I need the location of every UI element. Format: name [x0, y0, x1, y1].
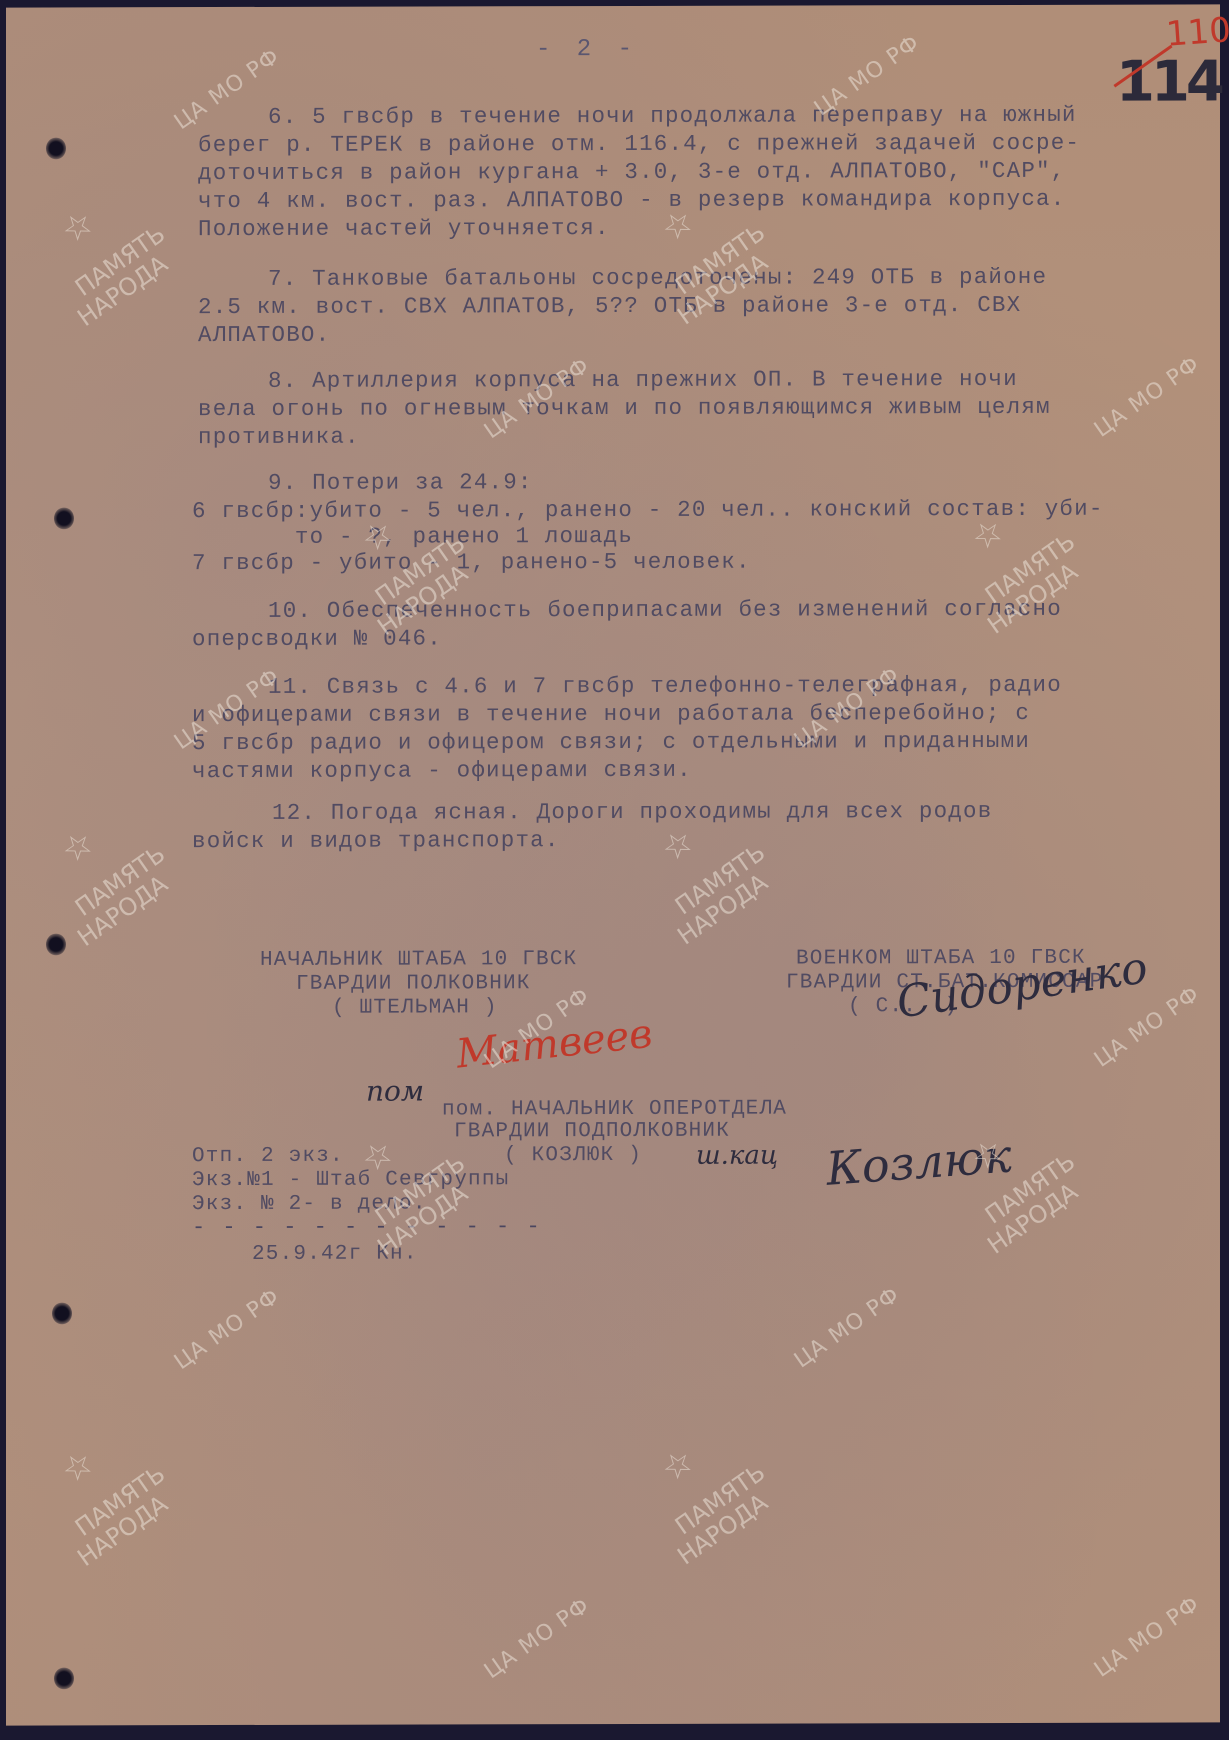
- star-icon: ☆: [16, 178, 140, 276]
- punch-hole: [54, 1667, 74, 1689]
- para-12-line-1: 12. Погода ясная. Дороги проходимы для в…: [272, 797, 992, 827]
- watermark-pamyat-naroda: ☆ ПАМЯТЬ НАРОДА: [0, 136, 200, 362]
- para-6-line-4: что 4 км. вост. раз. АЛПАТОВО - в резерв…: [198, 185, 1065, 215]
- sig-center-name: ( КОЗЛЮК ): [504, 1142, 642, 1170]
- para-9-line-3: то - ?, ранено 1 лошадь: [192, 522, 633, 551]
- para-11-line-1: 11. Связь с 4.6 и 7 гвсбр телефонно-теле…: [268, 671, 1062, 701]
- punch-hole: [52, 1302, 72, 1324]
- para-11-line-3: 5 гвсбр радио и офицером связи; с отдель…: [192, 727, 1030, 757]
- para-7-line-2: 2.5 км. вост. СВХ АЛПАТОВ, 5?? ОТБ в рай…: [198, 291, 1021, 321]
- watermark-camo: ЦА МО РФ: [170, 1284, 285, 1375]
- star-icon: ☆: [616, 1416, 740, 1514]
- para-6-line-1: 6. 5 гвсбр в течение ночи продолжала пер…: [268, 101, 1077, 131]
- para-7-line-3: АЛПАТОВО.: [198, 321, 330, 349]
- para-8-line-1: 8. Артиллерия корпуса на прежних ОП. В т…: [268, 365, 1018, 395]
- star-icon: ☆: [16, 798, 140, 896]
- punch-hole: [46, 933, 66, 955]
- para-6-line-2: берег р. ТЕРЕК в районе отм. 116.4, с пр…: [198, 129, 1080, 159]
- para-6-line-5: Положение частей уточняется.: [198, 214, 610, 243]
- typist-date: 25.9.42г Кн.: [252, 1241, 418, 1269]
- page-number: - 2 -: [536, 36, 638, 63]
- para-9-line-1: 9. Потери за 24.9:: [268, 468, 533, 497]
- archive-folio-black: 114: [1116, 49, 1221, 114]
- para-11-line-2: и офицерами связи в течение ночи работал…: [192, 699, 1030, 729]
- para-8-line-3: противника.: [198, 423, 360, 451]
- para-8-line-2: вела огонь по огневым точкам и по появля…: [198, 393, 1051, 423]
- archive-folio-red: 110: [1165, 10, 1229, 55]
- punch-hole: [54, 507, 74, 529]
- sig-left-name: ( ШТЕЛЬМАН ): [332, 994, 498, 1022]
- para-6-line-3: доточиться в район кургана + 3.0, 3-е от…: [198, 157, 1065, 187]
- document-page: - 2 - 110 114 6. 5 гвсбр в течение ночи …: [6, 4, 1220, 1725]
- punch-hole: [46, 137, 66, 159]
- watermark-camo: ЦА МО РФ: [790, 1282, 905, 1373]
- para-12-line-2: войск и видов транспорта.: [192, 826, 560, 855]
- watermark-camo: ЦА МО РФ: [1090, 352, 1205, 443]
- para-7-line-1: 7. Танковые батальоны сосредоточены: 249…: [268, 263, 1047, 293]
- handwritten-small: ш.кац: [696, 1141, 778, 1171]
- watermark-camo: ЦА МО РФ: [480, 1593, 595, 1684]
- watermark-camo: ЦА МО РФ: [1090, 1592, 1205, 1683]
- para-11-line-4: частями корпуса - офицерами связи.: [192, 756, 692, 785]
- para-10-line-2: оперсводки № 046.: [192, 624, 442, 653]
- watermark-pamyat-naroda: ☆ ПАМЯТЬ НАРОДА: [0, 756, 200, 982]
- para-9-line-2: 6 гвсбр:убито - 5 чел., ранено - 20 чел.…: [192, 495, 1104, 525]
- para-10-line-1: 10. Обеспеченность боеприпасами без изме…: [268, 595, 1062, 625]
- watermark-pamyat-naroda: ☆ ПАМЯТЬ НАРОДА: [896, 443, 1110, 669]
- handwritten-signature-center: Козлюк: [824, 1129, 1013, 1196]
- watermark-pamyat-naroda: ☆ ПАМЯТЬ НАРОДА: [586, 754, 800, 980]
- divider-dashes: - - - - - - - - - - - -: [192, 1214, 542, 1240]
- watermark-pamyat-naroda: ☆ ПАМЯТЬ НАРОДА: [586, 1374, 800, 1600]
- handwritten-pom: пом: [366, 1074, 424, 1107]
- star-icon: ☆: [16, 1418, 140, 1516]
- para-9-line-4: 7 гвсбр - убито - 1, ранено-5 человек.: [192, 548, 751, 577]
- watermark-pamyat-naroda: ☆ ПАМЯТЬ НАРОДА: [0, 1376, 200, 1602]
